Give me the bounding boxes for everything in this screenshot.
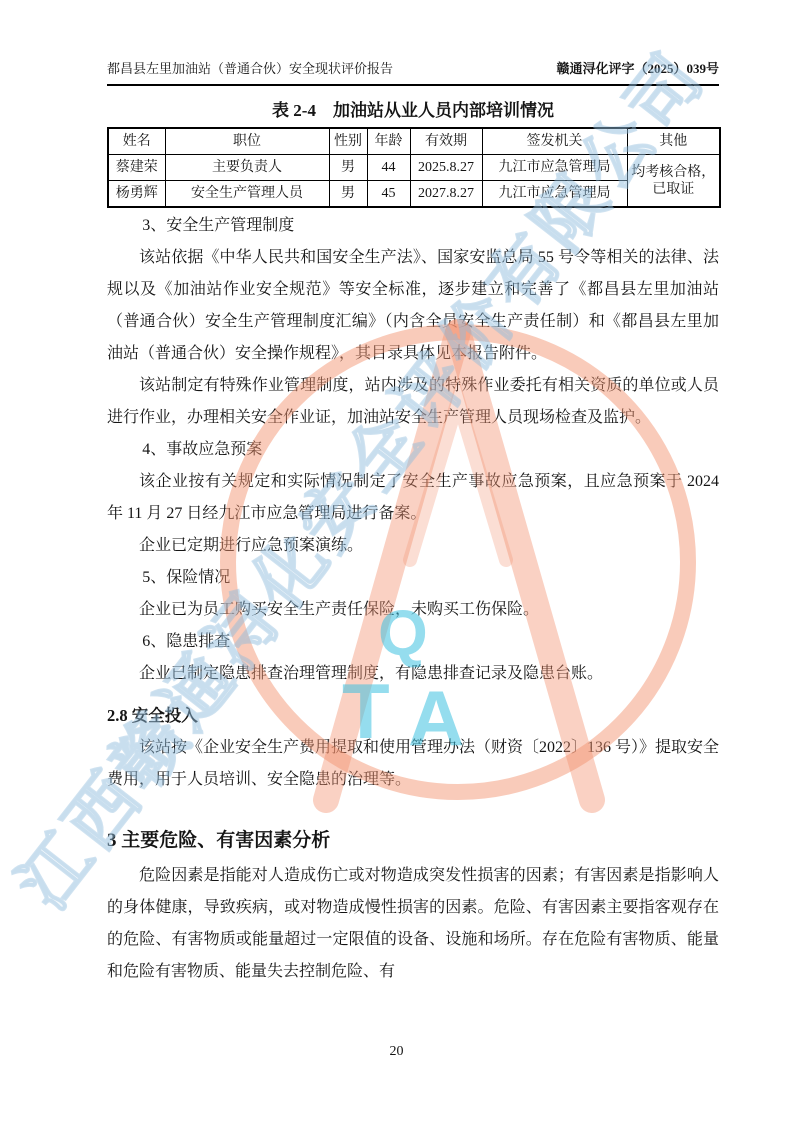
chapter-heading-hazard-factor-analysis: 3 主要危险、有害因素分析 bbox=[107, 822, 719, 860]
page-body: 都昌县左里加油站（普通合伙）安全现状评价报告 赣通浔化评字（2025）039号 … bbox=[107, 58, 719, 988]
cell-position: 主要负责人 bbox=[165, 155, 329, 181]
paragraph-hazard-inspection-status: 企业已制定隐患排查治理管理制度，有隐患排查记录及隐患台账。 bbox=[107, 658, 719, 690]
page-number: 20 bbox=[0, 1044, 793, 1060]
header-report-title: 都昌县左里加油站（普通合伙）安全现状评价报告 bbox=[107, 58, 393, 77]
col-header-other: 其他 bbox=[627, 128, 720, 155]
cell-position: 安全生产管理人员 bbox=[165, 181, 329, 208]
list-heading-safety-management-system: 3、安全生产管理制度 bbox=[107, 210, 719, 242]
cell-valid-until: 2027.8.27 bbox=[410, 181, 482, 208]
table-row: 蔡建荣 主要负责人 男 44 2025.8.27 九江市应急管理局 均考核合格，… bbox=[108, 155, 720, 181]
cell-gender: 男 bbox=[329, 155, 367, 181]
list-heading-hazard-inspection: 6、隐患排查 bbox=[107, 626, 719, 658]
paragraph-insurance-status: 企业已为员工购买安全生产责任保险，未购买工伤保险。 bbox=[107, 594, 719, 626]
cell-name: 杨勇辉 bbox=[108, 181, 165, 208]
header-document-number: 赣通浔化评字（2025）039号 bbox=[556, 58, 719, 77]
table-header-row: 姓名 职位 性别 年龄 有效期 签发机关 其他 bbox=[108, 128, 720, 155]
col-header-name: 姓名 bbox=[108, 128, 165, 155]
paragraph-emergency-drill: 企业已定期进行应急预案演练。 bbox=[107, 530, 719, 562]
cell-issuer: 九江市应急管理局 bbox=[482, 181, 627, 208]
document-content: 3、安全生产管理制度 该站依据《中华人民共和国安全生产法》、国家安监总局 55 … bbox=[107, 210, 719, 988]
cell-issuer: 九江市应急管理局 bbox=[482, 155, 627, 181]
cell-age: 44 bbox=[367, 155, 410, 181]
paragraph-safety-funds: 该站按《企业安全生产费用提取和使用管理办法（财资〔2022〕136 号）》提取安… bbox=[107, 732, 719, 796]
paragraph-special-operations: 该站制定有特殊作业管理制度，站内涉及的特殊作业委托有相关资质的单位或人员进行作业… bbox=[107, 370, 719, 434]
col-header-issuer: 签发机关 bbox=[482, 128, 627, 155]
list-heading-emergency-plan: 4、事故应急预案 bbox=[107, 434, 719, 466]
cell-age: 45 bbox=[367, 181, 410, 208]
cell-valid-until: 2025.8.27 bbox=[410, 155, 482, 181]
cell-other-merged: 均考核合格，已取证 bbox=[627, 155, 720, 208]
document-page: 都昌县左里加油站（普通合伙）安全现状评价报告 赣通浔化评字（2025）039号 … bbox=[0, 0, 793, 1122]
cell-gender: 男 bbox=[329, 181, 367, 208]
col-header-gender: 性别 bbox=[329, 128, 367, 155]
table-caption: 表 2-4 加油站从业人员内部培训情况 bbox=[107, 100, 719, 122]
col-header-valid-until: 有效期 bbox=[410, 128, 482, 155]
paragraph-system-establishment: 该站依据《中华人民共和国安全生产法》、国家安监总局 55 号令等相关的法律、法规… bbox=[107, 242, 719, 370]
list-heading-insurance: 5、保险情况 bbox=[107, 562, 719, 594]
section-heading-safety-investment: 2.8 安全投入 bbox=[107, 700, 719, 732]
training-table: 姓名 职位 性别 年龄 有效期 签发机关 其他 蔡建荣 主要负责人 男 44 2… bbox=[107, 127, 721, 208]
col-header-position: 职位 bbox=[165, 128, 329, 155]
paragraph-emergency-plan-filing: 该企业按有关规定和实际情况制定了安全生产事故应急预案，且应急预案于 2024 年… bbox=[107, 466, 719, 530]
page-header: 都昌县左里加油站（普通合伙）安全现状评价报告 赣通浔化评字（2025）039号 bbox=[107, 58, 719, 86]
col-header-age: 年龄 bbox=[367, 128, 410, 155]
paragraph-hazard-definition: 危险因素是指能对人造成伤亡或对物造成突发性损害的因素；有害因素是指影响人的身体健… bbox=[107, 860, 719, 988]
cell-name: 蔡建荣 bbox=[108, 155, 165, 181]
